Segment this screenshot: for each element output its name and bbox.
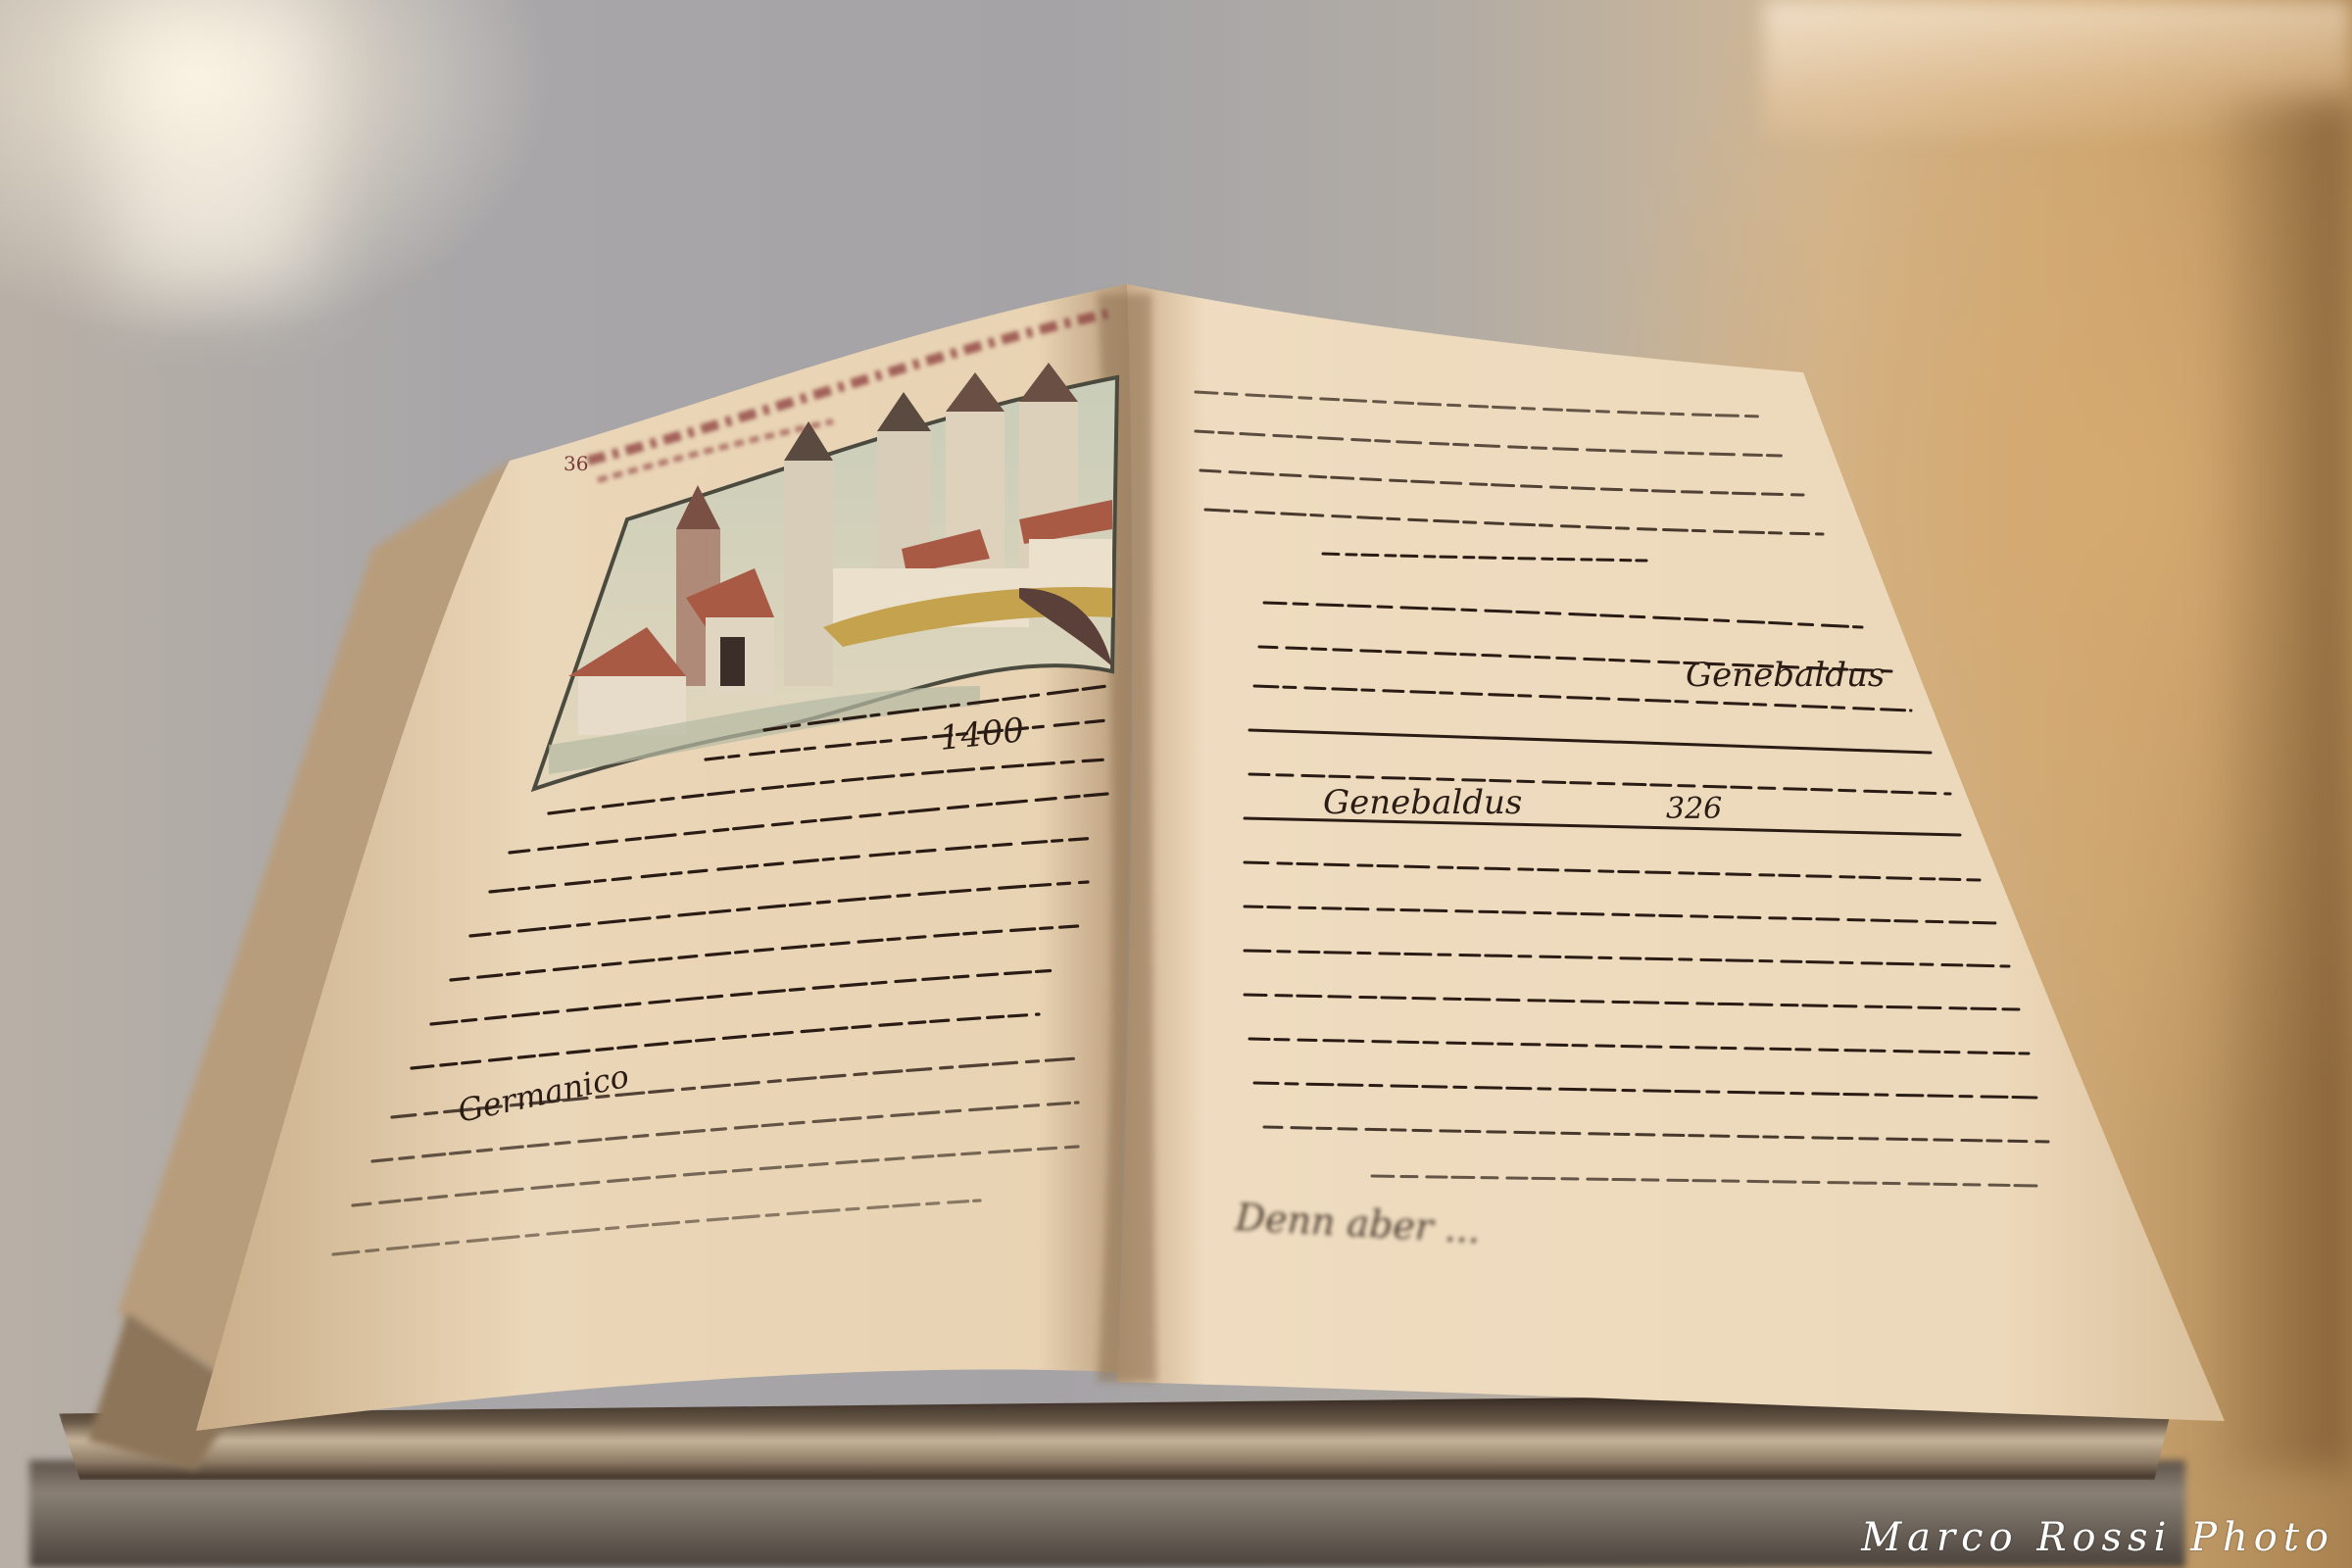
- open-manuscript: 36 1400 Germanico: [0, 0, 2352, 1568]
- photographer-watermark: Marco Rossi Photo: [1861, 1515, 2334, 1560]
- right-page: [1117, 284, 2225, 1421]
- word-genebaldus-2: Genebaldus: [1323, 783, 1522, 822]
- number-326: 326: [1666, 792, 1722, 826]
- page-number: 36: [563, 452, 588, 475]
- word-genebaldus-1: Genebaldus: [1686, 656, 1885, 695]
